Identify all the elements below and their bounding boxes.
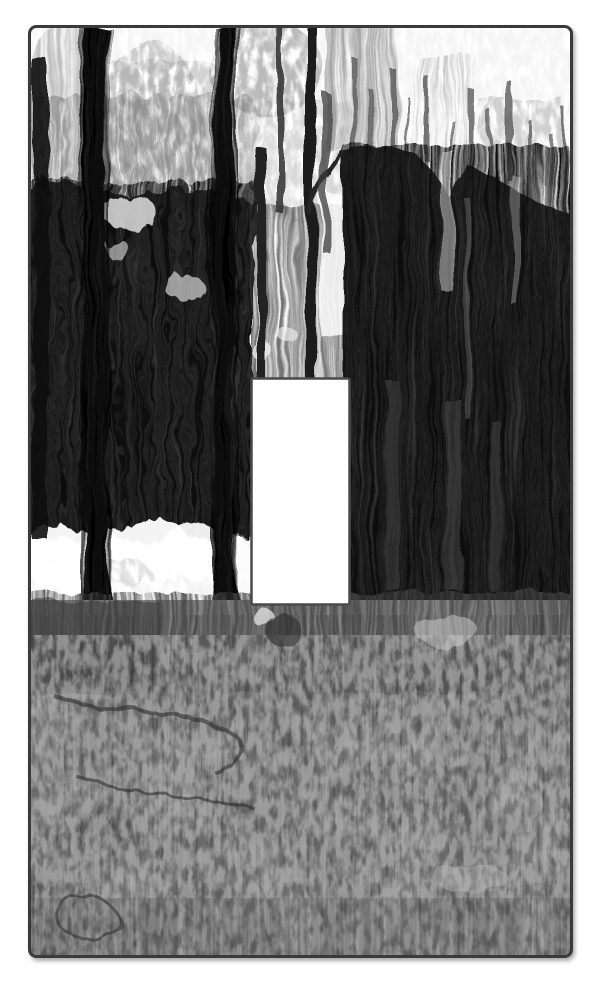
toggle-switch-cutout — [252, 379, 350, 605]
ground-bottom-shade — [28, 898, 574, 958]
light-gap — [102, 196, 158, 230]
light-gap — [165, 275, 205, 301]
ground-light-patch — [432, 864, 508, 892]
trunk-gap-light — [385, 380, 399, 590]
trunk-tip — [390, 68, 395, 158]
trunk-gap-light — [445, 400, 461, 590]
thin-trunk — [257, 148, 266, 380]
ground-light-patch — [416, 617, 480, 647]
trunk-gap-light — [441, 150, 453, 290]
forest-floor — [28, 592, 574, 958]
switch-plate-product-image — [0, 0, 600, 984]
far-left-trunk — [33, 60, 48, 540]
light-gap — [278, 326, 296, 342]
trunk-streaks — [212, 25, 238, 610]
trunk-gap-light — [512, 175, 519, 305]
trunk-gap-light — [466, 200, 472, 420]
dark-shrub-clump — [267, 612, 299, 648]
product-photo-stage — [0, 0, 600, 984]
trunk-streaks — [80, 25, 110, 625]
light-gap — [107, 243, 133, 261]
trunk-tip — [352, 58, 357, 158]
thin-trunk — [322, 92, 329, 252]
trunk-gap-light — [490, 420, 500, 590]
thin-trunk — [276, 25, 283, 213]
